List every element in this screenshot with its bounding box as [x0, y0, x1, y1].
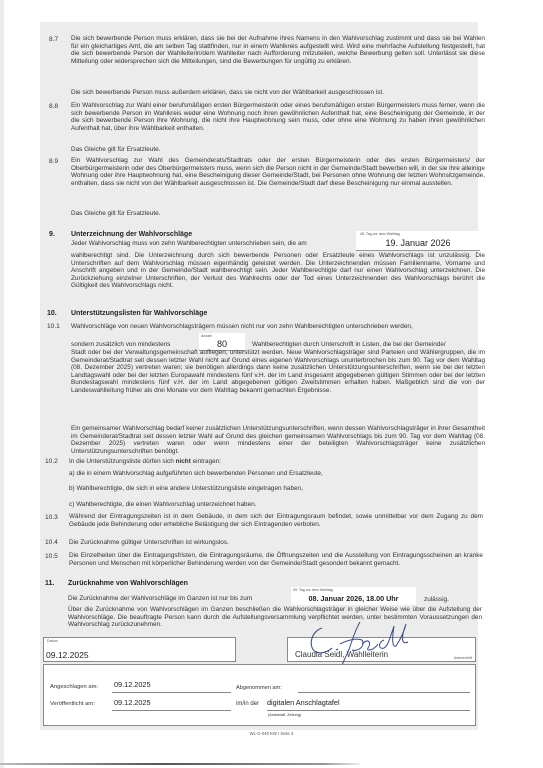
date-label: Datum [47, 639, 58, 643]
section-10-1-post-box: Wahlberechtigten durch Unterschrift in L… [252, 341, 446, 349]
election-eligibility-date-value: 19. Januar 2026 [356, 238, 480, 248]
section-9-lead: Jeder Wahlvorschlag muss von zehn Wahlbe… [71, 240, 361, 248]
section-10-title: Unterstützungslisten für Wahlvorschläge [71, 310, 207, 317]
published-in-label: im/in der [236, 701, 259, 709]
section-10-2-lead-bold: nicht [176, 458, 191, 465]
removed-date-field[interactable] [298, 680, 470, 693]
section-number-8-7: 8.7 [49, 36, 58, 43]
removed-label: Abgenommen am: [236, 685, 282, 693]
section-8-7-note: Die sich bewerbende Person muss außerdem… [71, 89, 485, 97]
section-10-3-text: Während der Eintragungszeiten ist in dem… [69, 513, 483, 528]
section-10-2-lead-pre: In die Unterstützungsliste dürfen sich [69, 458, 176, 465]
section-11-title: Zurücknahme von Wahlvorschlägen [68, 580, 188, 587]
section-number-8-9: 8.9 [49, 158, 58, 165]
withdrawal-deadline-field[interactable]: 59. Tag vor dem Wahltag 08. Januar 2026,… [291, 587, 416, 605]
section-10-2-item-a: a) die in einem Wahlvorschlag aufgeführt… [69, 470, 483, 478]
section-8-8-text: Ein Wahlvorschlag zur Wahl einer berufsm… [71, 102, 485, 132]
section-10-1-text: Stadt oder bei der Verwaltungsgemeinscha… [71, 349, 485, 395]
section-8-9-text: Ein Wahlvorschlag zur Wahl des Gemeinder… [71, 157, 485, 187]
section-9-text: wahlberechtigt sind. Die Unterzeichnung … [71, 252, 485, 290]
supporter-count-label: Anzahl [201, 334, 212, 338]
section-11-post-box: zulässig. [424, 596, 449, 604]
election-eligibility-date-field[interactable]: 48. Tag vor dem Wahltag 19. Januar 2026 [356, 231, 480, 251]
section-10-2-item-c: c) Wahlberechtigte, die einen Wahlvorsch… [69, 501, 483, 509]
section-number-8-8: 8.8 [49, 103, 58, 110]
section-8-7-text: Die sich bewerbende Person muss erklären… [71, 35, 485, 65]
page-left-edge [0, 0, 4, 768]
page-bottom-shadow [0, 763, 360, 765]
section-number-10-5: 10.5 [45, 553, 58, 560]
section-10-5-text: Die Einzelheiten über die Eintragungsfri… [69, 552, 483, 567]
section-8-8-note: Das Gleiche gilt für Ersatzleute. [71, 146, 485, 154]
section-number-10-1: 10.1 [47, 323, 60, 330]
election-eligibility-date-label: 48. Tag vor dem Wahltag [360, 232, 400, 236]
section-number-11: 11. [45, 580, 54, 587]
section-11-lead: Die Zurücknahme der Wahlvorschläge im Ga… [68, 595, 252, 603]
section-10-4-text: Die Zurücknahme gültiger Unterschriften … [69, 539, 483, 547]
published-label: Veröffentlicht am: [50, 701, 95, 709]
section-10-2-lead-post: eintragen: [191, 458, 221, 465]
section-number-10: 10. [47, 310, 57, 317]
date-value: 09.12.2025 [46, 650, 89, 660]
signature-label: Unterschrift [454, 656, 472, 660]
posted-date-field[interactable]: 09.12.2025 [112, 680, 231, 693]
section-number-9: 9. [49, 231, 55, 238]
posting-record-panel [43, 664, 476, 726]
published-in-field[interactable]: digitalen Anschlagtafel [267, 698, 470, 711]
supporter-count-value: 80 [199, 339, 245, 349]
section-10-1-lead: Wahlvorschläge von neuen Wahlvorschlagst… [71, 323, 491, 331]
section-10-1-text2: Ein gemeinsamer Wahlvorschlag bedarf kei… [71, 425, 485, 455]
posted-label: Angeschlagen am: [50, 684, 98, 692]
form-code-footer: WL-G-040 KW I Seite 4 [0, 731, 543, 736]
section-9-title: Unterzeichnung der Wahlvorschläge [71, 231, 192, 238]
withdrawal-deadline-label: 59. Tag vor dem Wahltag [293, 588, 333, 592]
section-number-10-3: 10.3 [45, 514, 58, 521]
published-date-field[interactable]: 09.12.2025 [112, 698, 231, 711]
section-8-9-note: Das Gleiche gilt für Ersatzleute. [71, 210, 485, 218]
section-number-10-2: 10.2 [45, 458, 58, 465]
section-10-1-pre-box: sondern zusätzlich von mindestens [71, 341, 170, 349]
withdrawal-deadline-value: 08. Januar 2026, 18.00 Uhr [291, 594, 416, 603]
date-field[interactable]: Datum 09.12.2025 [43, 637, 236, 662]
published-in-hint: (Amtsblatt, Zeitung) [268, 713, 301, 718]
section-10-2-item-b: b) Wahlberechtigte, die sich in eine and… [69, 485, 483, 493]
section-number-10-4: 10.4 [45, 539, 58, 546]
section-10-2-lead: In die Unterstützungsliste dürfen sich n… [69, 458, 483, 466]
